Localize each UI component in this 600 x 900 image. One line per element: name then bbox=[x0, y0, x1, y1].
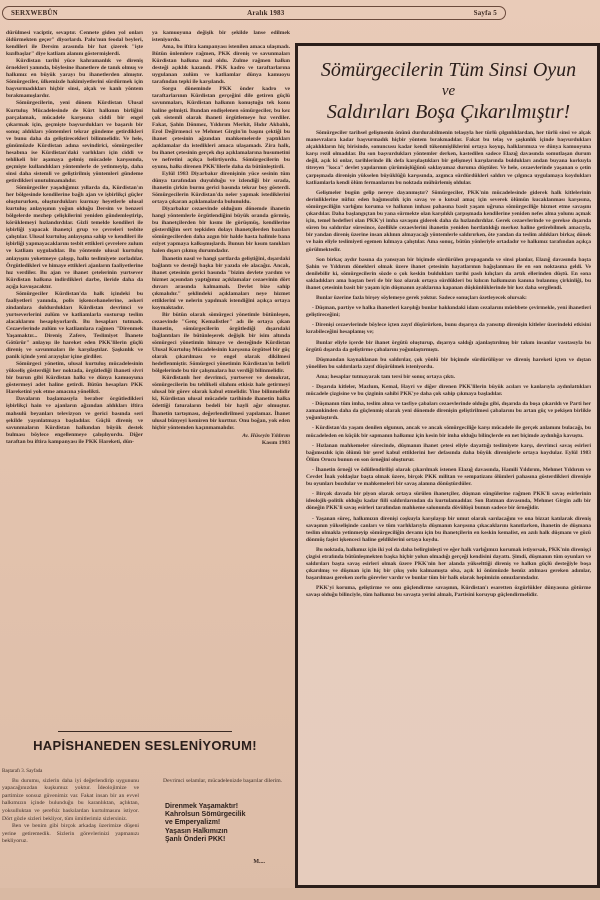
boxed-article: Sömürgecilerin Tüm Sinsi Oyun ve Saldırı… bbox=[295, 43, 600, 888]
bullet-paragraph: - Düşmanın tüm imha, teslim alma ve tasf… bbox=[306, 401, 591, 422]
paragraph: Ama; hesaplar tutmayarak tam tersi bir s… bbox=[306, 374, 591, 381]
prison-letter-title: HAPİSHANEDEN SESLENİYORUM! bbox=[0, 738, 290, 753]
paragraph: dürülmesi vaciptir, sevaptır. Cennete gi… bbox=[6, 30, 143, 58]
paragraph: Diyarbakır cezaevinde olduğum dönemde ih… bbox=[152, 206, 290, 255]
slogan: Kahrolsun Sömürgecilik bbox=[165, 811, 293, 819]
bullet-paragraph: - Dışarıda kitleler, Mazlum, Kemal, Hayr… bbox=[306, 384, 591, 398]
paragraph: Son birkaç aydır basına da yansıyan bir … bbox=[306, 257, 591, 292]
paragraph: Ama, bu iftira kampanyası istenilen amac… bbox=[152, 44, 290, 86]
bullet-paragraph: - Birçok davada bir piyon olarak ortaya … bbox=[306, 491, 591, 512]
paragraph: Bu noktada, halkımız için iki yol da dah… bbox=[306, 547, 591, 582]
paragraph: Sömürgecilerin, yeni dönem Kürdistan Ulu… bbox=[6, 100, 143, 185]
prison-letter-left-column: Baştarafı 3. Sayfada Bu durumu, sizlerin… bbox=[2, 768, 139, 846]
slogan: Yaşasın Halkımızın bbox=[165, 828, 293, 836]
left-article-column-2: ya kamuoyuna değişik bir şekilde lanse e… bbox=[152, 30, 290, 675]
bullet-paragraph: - Hızlanan mahkemeler sürecinde, düşmanı… bbox=[306, 443, 591, 464]
headline-line-1: Sömürgecilerin Tüm Sinsi Oyun bbox=[321, 59, 576, 81]
paragraph: Sömürgeciler yaşadığımız yıllarda da, Kü… bbox=[6, 185, 143, 291]
boxed-headline: Sömürgecilerin Tüm Sinsi Oyun ve Saldırı… bbox=[306, 60, 591, 123]
page-bottom-margin bbox=[0, 888, 600, 900]
greeting: Devrimci selamlar, mücadelenizde başarıl… bbox=[153, 778, 293, 786]
bullet-paragraph: - İhanetin örneği ve ödüllendirilişi ola… bbox=[306, 467, 591, 488]
prison-letter-right-column: Devrimci selamlar, mücadelenizde başarıl… bbox=[153, 778, 293, 866]
bullet-paragraph: - Yaşanan süreç, halkımızın direnişi coş… bbox=[306, 516, 591, 544]
page-number: Sayfa 5 bbox=[474, 9, 497, 17]
paragraph: Sömürgeciler tarihsel gelişmenin önünü d… bbox=[306, 130, 591, 187]
continued-from-note: Baştarafı 3. Sayfada bbox=[2, 768, 139, 776]
headline-line-2: ve bbox=[306, 81, 591, 102]
paragraph: Sömürgeciler Kürdistan'da halk içindeki … bbox=[6, 291, 143, 361]
author-name: Av. Hüseyin Yıldırım bbox=[152, 433, 290, 440]
paragraph: Bunlar eliyle içerde bir ihanet örgütü o… bbox=[306, 340, 591, 354]
publication-name: SERXWEBÛN bbox=[11, 9, 58, 17]
paragraph: Bunlar üzerine fazla birşey söylemeye ge… bbox=[306, 295, 591, 302]
slogan: Şanlı Önderi PKK! bbox=[165, 836, 293, 844]
slogan: Direnmek Yaşamaktır! bbox=[165, 803, 293, 811]
bullet-paragraph: - Direnişi cezaevlerinde böylece içten z… bbox=[306, 322, 591, 336]
author-date: Kasım 1983 bbox=[152, 440, 290, 447]
paragraph: ya kamuoyuna değişik bir şekilde lanse e… bbox=[152, 30, 290, 44]
paragraph: Kürdistan tarihi yüce kahramanlık ve dir… bbox=[6, 58, 143, 100]
bullet-paragraph: - Kürdistan'da yaşam denilen olgunun, an… bbox=[306, 425, 591, 439]
paragraph: Eylül 1983 Diyarbakır direnişinin yüce s… bbox=[152, 171, 290, 206]
paragraph: Kürdistanlı her devrimci, yurtsever ve d… bbox=[152, 375, 290, 431]
slogans: Direnmek Yaşamaktır! Kahrolsun Sömürgeci… bbox=[165, 803, 293, 845]
headline-line-3: Saldırıları Boşa Çıkarılmıştır! bbox=[327, 101, 570, 123]
page-header: SERXWEBÛN Aralık 1983 Sayfa 5 bbox=[2, 6, 506, 20]
newspaper-page: SERXWEBÛN Aralık 1983 Sayfa 5 dürülmesi … bbox=[0, 0, 600, 900]
bullet-paragraph: - Düşman, partiye ve halka ihanetleri ka… bbox=[306, 305, 591, 319]
paragraph: PKK'yi koruma, geliştirme ve onu güçlend… bbox=[306, 585, 591, 599]
section-divider bbox=[58, 731, 232, 732]
slogan: ve Emperyalizm! bbox=[165, 819, 293, 827]
issue-date: Aralık 1983 bbox=[247, 9, 284, 17]
paragraph: Düşmandan kaynaklanan bu saldırılar, çok… bbox=[306, 357, 591, 371]
boxed-article-body: Sömürgeciler tarihsel gelişmenin önünü d… bbox=[306, 130, 591, 600]
paragraph: Sömürgeci yönetim, ulusal kurtuluş mücad… bbox=[6, 361, 143, 396]
letter-signature: M.... bbox=[153, 859, 265, 867]
paragraph: İhanetin nasıl ve hangi şartlarda gelişt… bbox=[152, 256, 290, 312]
paragraph: Bir bütün olarak sömürgeci yönetimle büt… bbox=[152, 312, 290, 375]
paragraph: Ben ve benim gibi birçok arkadaş üzerimi… bbox=[2, 823, 139, 846]
paragraph: Sorgu döneminde PKK önder kadro ve taraf… bbox=[152, 86, 290, 171]
left-article-column-1: dürülmesi vaciptir, sevaptır. Cennete gi… bbox=[6, 30, 143, 680]
paragraph: Gelişmeler bugün gelip nereye dayanmıştı… bbox=[306, 190, 591, 254]
paragraph: Bu durumu, sizlerin daha iyi değerlendir… bbox=[2, 778, 139, 824]
paragraph: Davaların başlamasıyla beraber örgütledi… bbox=[6, 396, 143, 445]
